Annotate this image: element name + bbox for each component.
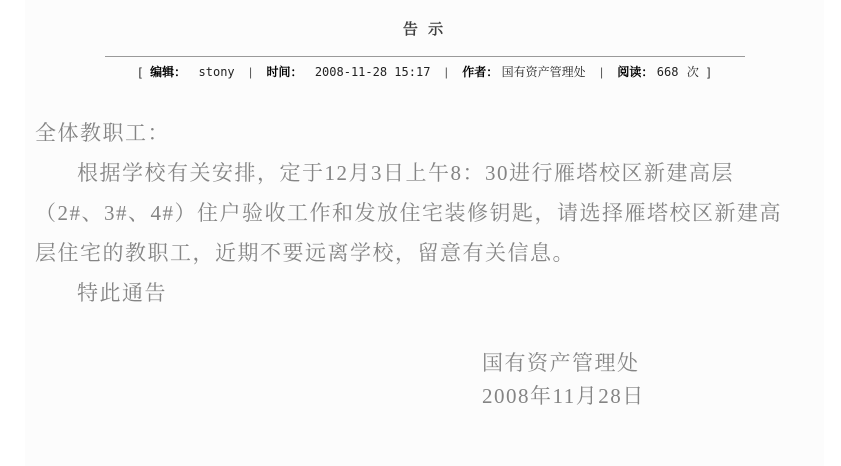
meta-bar: [ 编辑： stony | 时间： 2008-11-28 15:17 | 作者：… (25, 63, 824, 80)
meta-editor-value: stony (199, 65, 235, 79)
meta-close-bracket: ] (707, 65, 710, 79)
notice-title: 告 示 (25, 0, 824, 39)
closing-line: 特此通告 (35, 273, 787, 313)
meta-time-label: 时间： (266, 65, 302, 79)
meta-author-value: 国有资产管理处 (502, 65, 586, 79)
meta-separator: | (249, 65, 252, 79)
body-paragraph: 根据学校有关安排，定于12月3日上午8：30进行雁塔校区新建高层（2#、3#、4… (35, 153, 787, 273)
meta-separator: | (600, 65, 603, 79)
meta-author-label: 作者： (462, 65, 498, 79)
meta-editor-label: 编辑： (150, 65, 186, 79)
meta-views-value: 668 (657, 65, 679, 79)
meta-views-unit: 次 (687, 65, 699, 79)
signature-block: 国有资产管理处 2008年11月28日 (482, 347, 824, 413)
header-divider (105, 56, 745, 57)
meta-time-value: 2008-11-28 15:17 (315, 65, 431, 79)
meta-open-bracket: [ (138, 65, 141, 79)
meta-views-label: 阅读： (617, 65, 653, 79)
notice-body: 全体教职工： 根据学校有关安排，定于12月3日上午8：30进行雁塔校区新建高层（… (35, 113, 787, 313)
signature-date: 2008年11月28日 (482, 380, 824, 413)
page-surface: 告 示 [ 编辑： stony | 时间： 2008-11-28 15:17 |… (25, 0, 824, 466)
meta-separator: | (445, 65, 448, 79)
salutation-line: 全体教职工： (35, 113, 787, 153)
signature-organization: 国有资产管理处 (482, 347, 824, 380)
